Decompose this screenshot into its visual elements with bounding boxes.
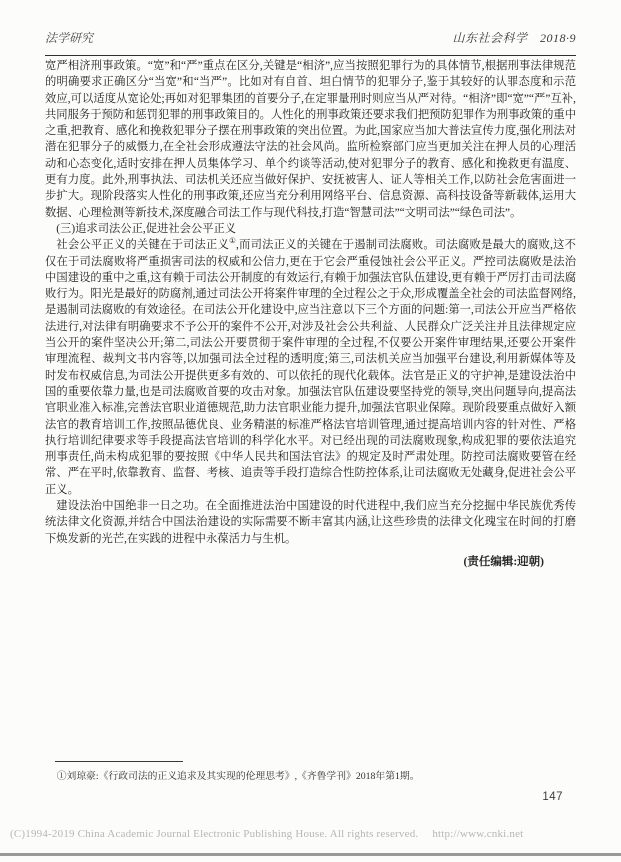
paragraph-continuation: 宽严相济刑事政策。“宽”和“严”重点在区分,关键是“相济”,应当按照犯罪行为的具… (45, 58, 576, 221)
paragraph-main: 社会公平正义的关键在于司法正义①,而司法正义的关键在于遏制司法腐败。司法腐败是最… (45, 237, 576, 498)
paragraph-main-text: 社会公平正义的关键在于司法正义 (56, 239, 229, 251)
footnote-text: ①刘琼豪:《行政司法的正义追求及其实现的伦理思考》,《齐鲁学刊》2018年第1期… (45, 770, 576, 784)
footer-copyright-line: (C)1994-2019 China Academic Journal Elec… (10, 828, 610, 840)
footnote-divider (55, 761, 183, 762)
journal-page: 法学研究 山东社会科学 2018·9 宽严相济刑事政策。“宽”和“严”重点在区分… (0, 0, 621, 862)
paragraph-closing: 建设法治中国绝非一日之功。在全面推进法治中国建设的时代进程中,我们应当充分挖掘中… (45, 498, 576, 547)
cnki-url-text: http://www.cnki.net (432, 828, 523, 840)
journal-title-issue: 山东社会科学 2018·9 (452, 29, 576, 46)
column-title: 法学研究 (45, 29, 93, 46)
page-number: 147 (542, 791, 563, 803)
page-header: 法学研究 山东社会科学 2018·9 (45, 29, 576, 46)
editor-note: (责任编辑:迎朝) (45, 554, 576, 570)
copyright-text: (C)1994-2019 China Academic Journal Elec… (10, 828, 418, 840)
paragraph-main-text-cont: ,而司法正义的关键在于遏制司法腐败。司法腐败是最大的腐败,这不仅在于司法腐败将严… (45, 239, 576, 495)
header-divider (45, 55, 576, 56)
footnote-reference-mark: ① (229, 237, 236, 246)
page-bottom-edge (0, 853, 621, 856)
article-body: 宽严相济刑事政策。“宽”和“严”重点在区分,关键是“相济”,应当按照犯罪行为的具… (45, 58, 576, 570)
section-heading: (三)追求司法公正,促进社会公平正义 (45, 221, 576, 237)
